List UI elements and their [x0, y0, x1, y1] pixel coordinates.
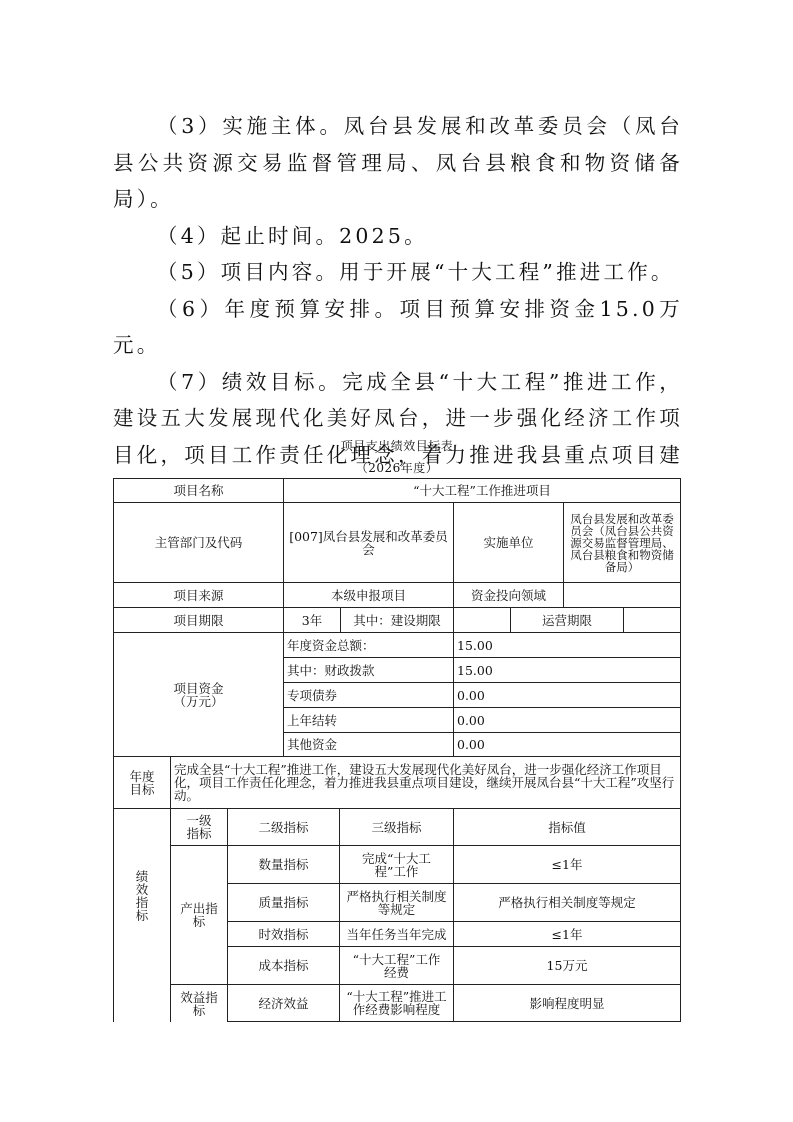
annual-goal-label-text: 年度目标	[129, 770, 155, 796]
impl-unit-value: 凤台县发展和改革委员会（凤台县公共资源交易监督管理局、凤台县粮食和物资储备局）	[563, 502, 681, 583]
indicator-level2: 成本指标	[227, 946, 340, 985]
benefit-indicator-label: 效益指标	[170, 984, 228, 1022]
fund-row-label: 其中：财政拨款	[283, 657, 454, 683]
paragraph-implementer: （3）实施主体。凤台县发展和改革委员会（凤台县公共资源交易监督管理局、凤台县粮食…	[113, 108, 683, 218]
dept-value: [007]凤台县发展和改革委员会	[283, 502, 454, 583]
fund-area-label: 资金投向领域	[453, 582, 564, 608]
indicator-level3: “十大工程”工作经费	[339, 946, 454, 985]
indicator-value: 15万元	[453, 946, 681, 985]
fund-area-value	[563, 582, 681, 608]
paragraph-content: （5）项目内容。用于开展“十大工程”推进工作。	[113, 254, 683, 291]
indicator-level3-text: “十大工程”推进工作经费影响程度	[343, 990, 450, 1016]
indicator-value: 影响程度明显	[453, 984, 681, 1022]
dept-label: 主管部门及代码	[113, 502, 284, 583]
build-period-label: 其中：建设期限	[340, 607, 454, 633]
header-level2: 二级指标	[227, 808, 340, 846]
benefit-indicator-text: 效益指标	[179, 991, 219, 1017]
indicator-value: 严格执行相关制度等规定	[453, 883, 681, 922]
indicator-level2: 数量指标	[227, 845, 340, 884]
project-name-value: “十大工程”工作推进项目	[283, 478, 681, 503]
indicator-level3: 当年任务当年完成	[339, 921, 454, 947]
period-value: 3年	[283, 607, 341, 633]
indicator-level3: 完成“十大工程”工作	[339, 845, 454, 884]
indicator-level3: 严格执行相关制度等规定	[339, 883, 454, 922]
op-period-label: 运营期限	[510, 607, 624, 633]
funds-label-text: 项目资金（万元）	[164, 682, 234, 708]
indicators-label: 绩效指标	[113, 808, 171, 1022]
header-level1: 一级指标	[170, 808, 228, 846]
header-level1-text: 一级指标	[186, 814, 212, 840]
indicator-level3-text: 完成“十大工程”工作	[355, 852, 439, 878]
indicator-level3-text: 严格执行相关制度等规定	[343, 890, 450, 916]
op-period-value	[623, 607, 681, 633]
build-period-value	[453, 607, 511, 633]
fund-row-label: 年度资金总额：	[283, 632, 454, 658]
indicators-label-text: 绩效指标	[135, 870, 149, 922]
indicator-level2: 经济效益	[227, 984, 340, 1022]
project-name-label: 项目名称	[113, 478, 284, 503]
table-subtitle: （2026年度）	[113, 459, 681, 476]
fund-row-value: 0.00	[453, 682, 681, 708]
source-label: 项目来源	[113, 582, 284, 608]
source-value: 本级申报项目	[283, 582, 454, 608]
indicator-level2: 质量指标	[227, 883, 340, 922]
header-level3: 三级指标	[339, 808, 454, 846]
indicator-value: ≤1年	[453, 921, 681, 947]
table-title: 项目支出绩效目标表	[113, 437, 681, 454]
impl-unit-label: 实施单位	[453, 502, 564, 583]
fund-row-label: 其他资金	[283, 732, 454, 757]
fund-row-label: 上年结转	[283, 707, 454, 733]
period-label: 项目期限	[113, 607, 284, 633]
indicator-level3-text: “十大工程”工作经费	[347, 953, 447, 979]
output-indicator-text: 产出指标	[179, 902, 219, 928]
fund-row-value: 0.00	[453, 732, 681, 757]
annual-goal-label: 年度目标	[113, 756, 171, 809]
indicator-value: ≤1年	[453, 845, 681, 884]
fund-row-value: 15.00	[453, 657, 681, 683]
indicator-level3: “十大工程”推进工作经费影响程度	[339, 984, 454, 1022]
funds-label: 项目资金（万元）	[113, 632, 284, 757]
fund-row-value: 15.00	[453, 632, 681, 658]
annual-goal-value: 完成全县“十大工程”推进工作，建设五大发展现代化美好凤台，进一步强化经济工作项目…	[170, 756, 681, 809]
fund-row-value: 0.00	[453, 707, 681, 733]
header-value: 指标值	[453, 808, 681, 846]
paragraph-budget: （6）年度预算安排。项目预算安排资金15.0万元。	[113, 291, 683, 364]
indicator-level2: 时效指标	[227, 921, 340, 947]
fund-row-label: 专项债券	[283, 682, 454, 708]
paragraph-period: （4）起止时间。2025。	[113, 218, 683, 255]
output-indicator-label: 产出指标	[170, 845, 228, 985]
